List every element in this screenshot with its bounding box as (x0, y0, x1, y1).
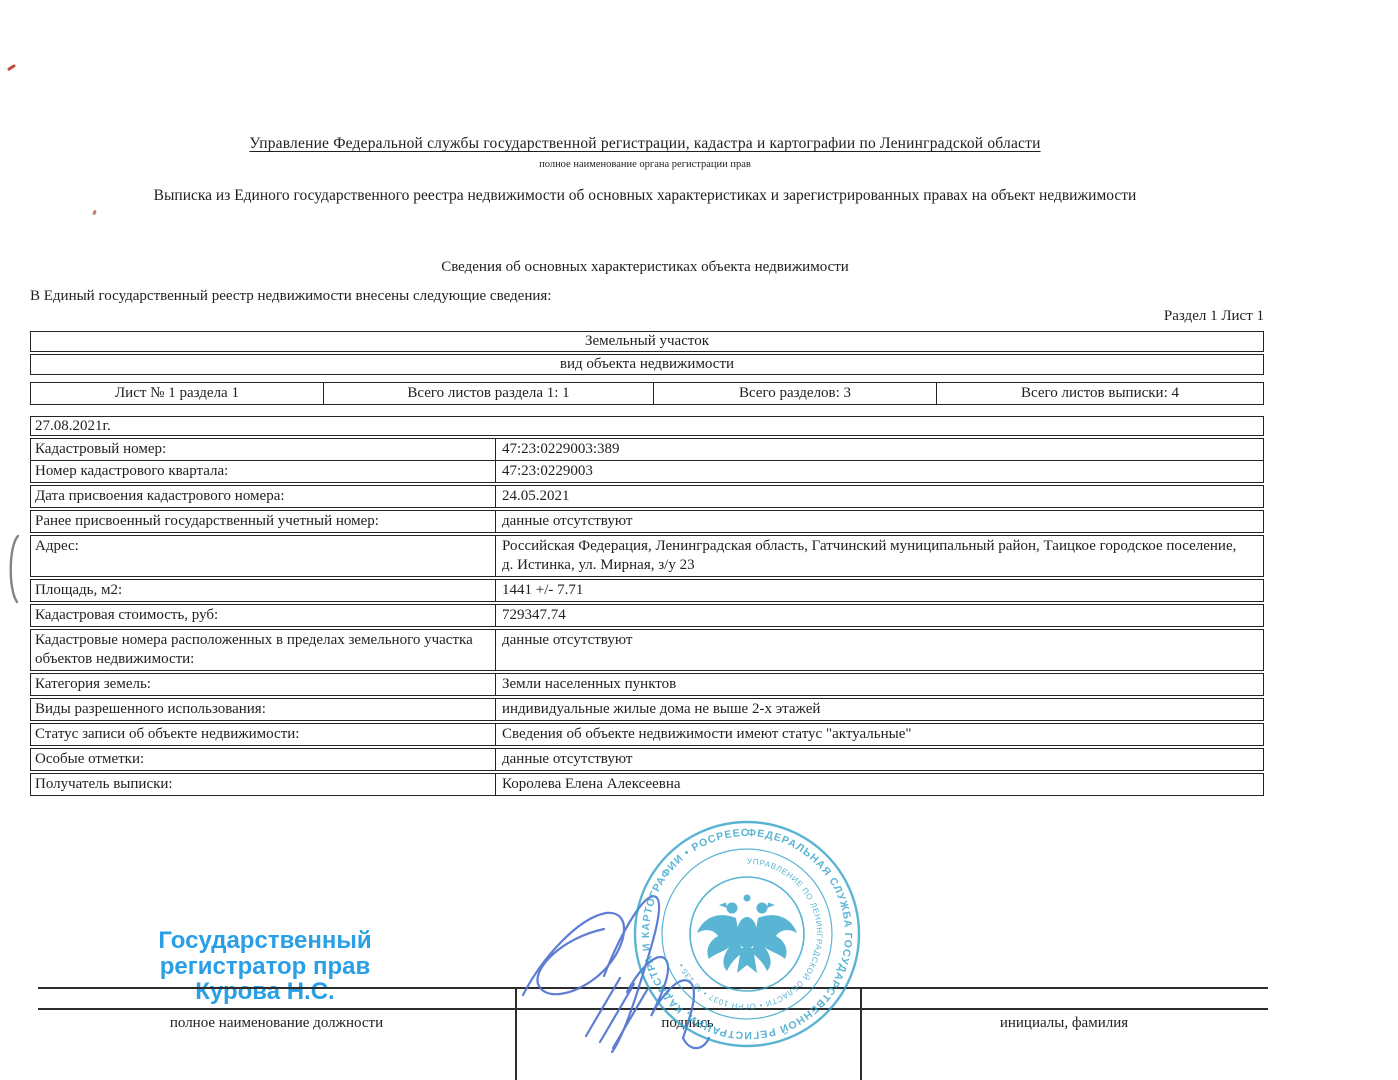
row-label: Кадастровая стоимость, руб: (31, 605, 495, 626)
record-date: 27.08.2021г. (31, 417, 1263, 435)
row-label: Дата присвоения кадастрового номера: (31, 486, 495, 507)
margin-bracket-mark (4, 533, 22, 605)
row-value: данные отсутствуют (495, 630, 1263, 670)
table-row: вид объекта недвижимости (30, 354, 1264, 375)
table-row: Виды разрешенного использования: индивид… (30, 698, 1264, 721)
table-row: Площадь, м2: 1441 +/- 7.71 (30, 579, 1264, 602)
authority-caption: полное наименование органа регистрации п… (26, 159, 1264, 170)
official-round-stamp: ФЕДЕРАЛЬНАЯ СЛУЖБА ГОСУДАРСТВЕННОЙ РЕГИС… (628, 815, 866, 1053)
red-ink-speck (7, 64, 16, 71)
total-sheets-section-cell: Всего листов раздела 1: 1 (323, 383, 653, 404)
label-text: Кадастровые номера расположенных в преде… (35, 631, 483, 669)
table-row: Ранее присвоенный государственный учетны… (30, 510, 1264, 533)
section-title: Сведения об основных характеристиках объ… (26, 259, 1264, 276)
sheet-info-table: Лист № 1 раздела 1 Всего листов раздела … (30, 382, 1264, 405)
row-label: Номер кадастрового квартала: (31, 461, 495, 482)
table-row: Кадастровый номер: 47:23:0229003:389 (30, 438, 1264, 461)
object-details-table: Номер кадастрового квартала: 47:23:02290… (30, 460, 1264, 796)
table-row: Адрес: Российская Федерация, Ленинградск… (30, 535, 1264, 577)
intro-line: В Единый государственный реестр недвижим… (30, 288, 551, 305)
total-extract-sheets-cell: Всего листов выписки: 4 (936, 383, 1263, 404)
row-value: 24.05.2021 (495, 486, 1263, 507)
row-value: Российская Федерация, Ленинградская обла… (495, 536, 1263, 576)
table-row: Земельный участок (30, 331, 1264, 352)
registrar-line: регистратор прав (155, 954, 375, 980)
row-value: данные отсутствуют (495, 511, 1263, 532)
table-row: Номер кадастрового квартала: 47:23:02290… (30, 460, 1264, 483)
table-row: Особые отметки: данные отсутствуют (30, 748, 1264, 771)
table-row: Кадастровая стоимость, руб: 729347.74 (30, 604, 1264, 627)
total-sections-cell: Всего разделов: 3 (653, 383, 936, 404)
row-value: данные отсутствуют (495, 749, 1263, 770)
row-label: Адрес: (31, 536, 495, 576)
sheet-number-cell: Лист № 1 раздела 1 (31, 383, 323, 404)
row-label: Кадастровый номер: (31, 439, 495, 460)
stamp-graphic: ФЕДЕРАЛЬНАЯ СЛУЖБА ГОСУДАРСТВЕННОЙ РЕГИС… (628, 815, 859, 1046)
row-label: Получатель выписки: (31, 774, 495, 795)
small-ink-speck (92, 210, 97, 216)
row-value: 729347.74 (495, 605, 1263, 626)
table-row: Получатель выписки: Королева Елена Алекс… (30, 773, 1264, 796)
row-value: Земли населенных пунктов (495, 674, 1263, 695)
row-value: 1441 +/- 7.71 (495, 580, 1263, 601)
row-value: Сведения об объекте недвижимости имеют с… (495, 724, 1263, 745)
registrar-line: Государственный (155, 928, 375, 954)
object-type-value: Земельный участок (31, 332, 1263, 351)
double-headed-eagle-icon (697, 895, 797, 974)
registration-authority-title: Управление Федеральной службы государств… (26, 135, 1264, 153)
cadastral-number-table: 27.08.2021г. Кадастровый номер: 47:23:02… (30, 416, 1264, 461)
row-label: Виды разрешенного использования: (31, 699, 495, 720)
table-row: Кадастровые номера расположенных в преде… (30, 629, 1264, 671)
row-label: Кадастровые номера расположенных в преде… (31, 630, 495, 670)
row-label: Площадь, м2: (31, 580, 495, 601)
row-label: Особые отметки: (31, 749, 495, 770)
row-value: 47:23:0229003 (495, 461, 1263, 482)
row-label: Категория земель: (31, 674, 495, 695)
address-text: Российская Федерация, Ленинградская обла… (502, 537, 1242, 575)
name-caption: инициалы, фамилия (860, 1010, 1268, 1032)
table-row: Статус записи об объекте недвижимости: С… (30, 723, 1264, 746)
row-label: Ранее присвоенный государственный учетны… (31, 511, 495, 532)
section-sheet-reference: Раздел 1 Лист 1 (30, 308, 1264, 325)
egrn-extract-page: Управление Федеральной службы государств… (0, 0, 1398, 1080)
row-label: Статус записи об объекте недвижимости: (31, 724, 495, 745)
position-caption: полное наименование должности (38, 1010, 515, 1032)
table-row: Категория земель: Земли населенных пункт… (30, 673, 1264, 696)
object-type-caption: вид объекта недвижимости (31, 355, 1263, 374)
object-type-table: Земельный участок вид объекта недвижимос… (30, 331, 1264, 375)
table-row: Лист № 1 раздела 1 Всего листов раздела … (30, 382, 1264, 405)
row-value: Королева Елена Алексеевна (495, 774, 1263, 795)
row-value: индивидуальные жилые дома не выше 2-х эт… (495, 699, 1263, 720)
table-row: 27.08.2021г. (30, 416, 1264, 436)
table-row: Дата присвоения кадастрового номера: 24.… (30, 485, 1264, 508)
document-title: Выписка из Единого государственного реес… (26, 187, 1264, 205)
row-value: 47:23:0229003:389 (495, 439, 1263, 460)
